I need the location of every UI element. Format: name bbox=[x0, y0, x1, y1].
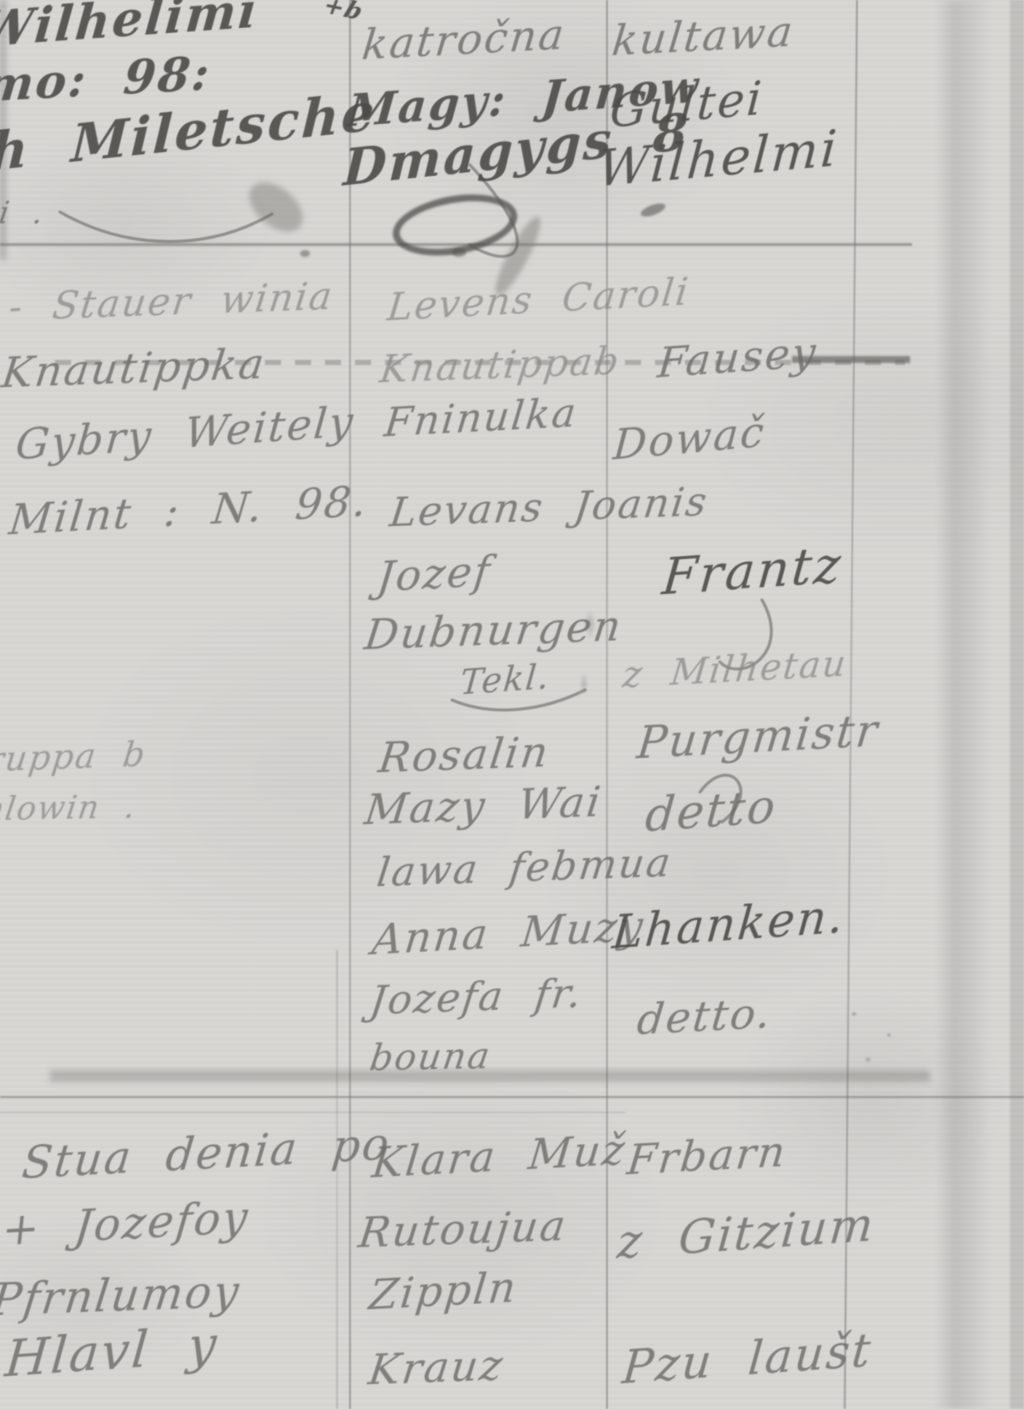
handwriting-word: Gybry Weitely bbox=[14, 396, 357, 469]
handwriting-word: Frantz bbox=[660, 535, 845, 606]
handwriting-word: - Stauer winia bbox=[7, 274, 337, 330]
handwriting-word: Purgmistr bbox=[635, 705, 882, 769]
handwriting-word: Dubnurgen bbox=[362, 601, 625, 659]
handwriting-word: Lhanken. bbox=[610, 889, 847, 960]
handwriting-word: bouna bbox=[367, 1036, 493, 1079]
handwriting-word: Levans Joanis bbox=[387, 479, 711, 536]
handwriting-word: Rosalin bbox=[376, 727, 553, 782]
handwriting-word: detto bbox=[643, 779, 779, 843]
handwriting-word: Knautippab bbox=[378, 339, 623, 392]
handwriting-word: Fninulka bbox=[382, 390, 580, 446]
handwriting-word: Rutoujua bbox=[356, 1201, 570, 1258]
handwriting-word: Fausey bbox=[656, 327, 820, 388]
handwriting-word: Hlavl y bbox=[3, 1315, 221, 1388]
handwriting-word: Dowač bbox=[612, 407, 768, 470]
handwriting-word: Milnt : N. 98. bbox=[7, 476, 371, 544]
handwriting-word: z Gitzium bbox=[615, 1197, 877, 1269]
handwriting-word: lawa febmua bbox=[374, 840, 674, 897]
handwriting-word: katročna bbox=[360, 9, 568, 69]
handwriting-layer: Wilhelimimo: 98:h Miletschei .+bkatročna… bbox=[0, 0, 1024, 1409]
handwriting-word: Anna Muzy bbox=[370, 901, 647, 965]
handwriting-word: Tekl. bbox=[458, 657, 551, 704]
handwriting-word: Knautippka bbox=[0, 339, 269, 397]
handwriting-word: Stua denia po bbox=[20, 1119, 394, 1190]
scanned-register-page: Wilhelimimo: 98:h Miletschei .+bkatročna… bbox=[0, 0, 1024, 1409]
handwriting-word: Klara Muž bbox=[370, 1125, 629, 1188]
handwriting-word: Mazy Wai bbox=[362, 777, 605, 835]
handwriting-word: Frbarn bbox=[625, 1127, 790, 1185]
handwriting-word: i . bbox=[0, 196, 47, 231]
handwriting-word: Jozef bbox=[375, 546, 494, 601]
handwriting-word: Krauz bbox=[366, 1340, 507, 1394]
handwriting-word: +b bbox=[319, 0, 368, 26]
handwriting-word: Levens Caroli bbox=[385, 269, 691, 329]
handwriting-word: nlowin . bbox=[0, 787, 139, 828]
handwriting-word: Zippln bbox=[367, 1262, 520, 1319]
handwriting-word: detto. bbox=[635, 988, 775, 1044]
handwriting-word: kultawa bbox=[610, 6, 797, 65]
handwriting-word: + Jozefoy bbox=[0, 1192, 252, 1256]
handwriting-word: z Milhetau bbox=[621, 643, 850, 696]
handwriting-word: Jozefa fr. bbox=[367, 971, 585, 1025]
handwriting-word: ruppa b bbox=[0, 734, 149, 780]
handwriting-word: Pzu laušt bbox=[620, 1323, 874, 1395]
